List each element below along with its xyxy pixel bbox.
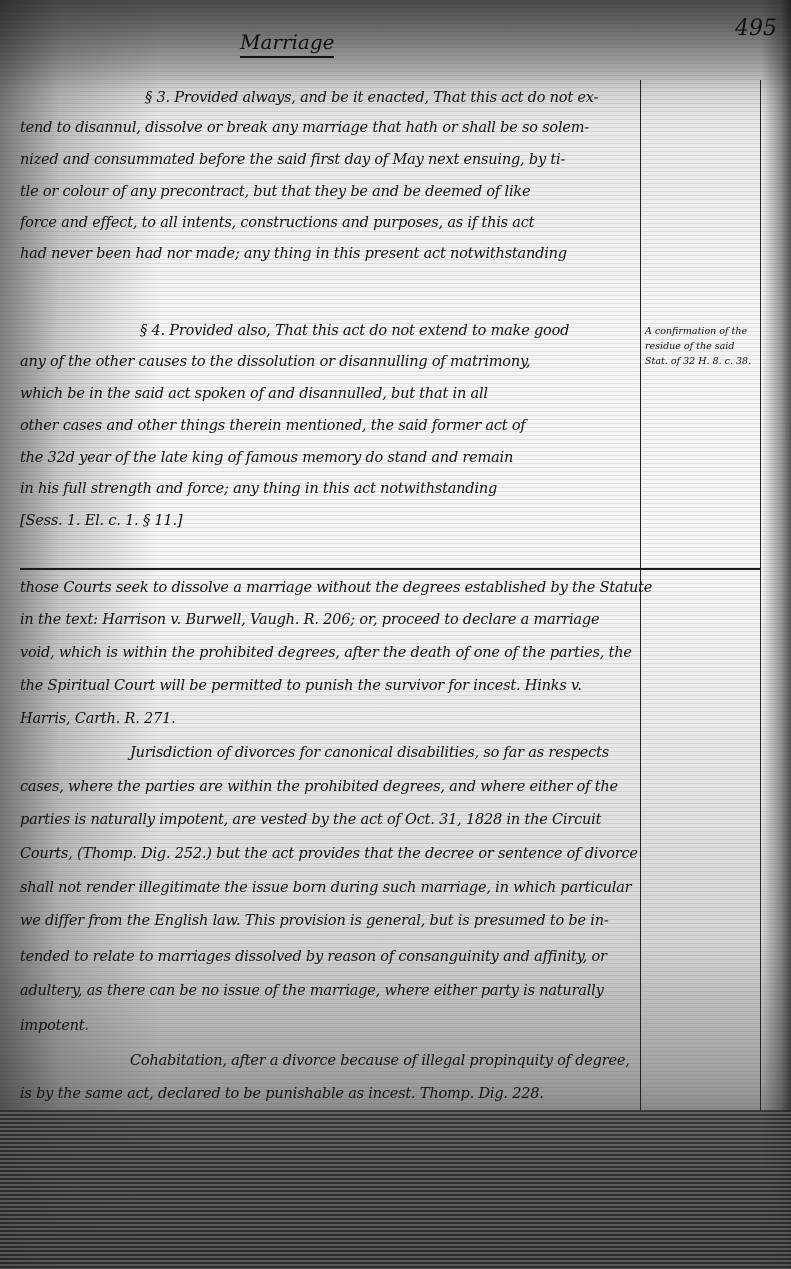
text-line: which be in the said act spoken of and d… bbox=[20, 386, 635, 402]
text-line: in his full strength and force; any thin… bbox=[20, 481, 635, 497]
page-heading: Marriage bbox=[240, 30, 334, 58]
text-line: the Spiritual Court will be permitted to… bbox=[20, 678, 765, 694]
text-line: the 32d year of the late king of famous … bbox=[20, 450, 635, 466]
text-line: is by the same act, declared to be punis… bbox=[20, 1086, 765, 1102]
text-line: cases, where the parties are within the … bbox=[20, 779, 765, 795]
scan-shadow-top bbox=[0, 0, 791, 90]
text-line: tle or colour of any precontract, but th… bbox=[20, 184, 635, 200]
text-line: tended to relate to marriages dissolved … bbox=[20, 949, 765, 965]
scan-shadow-bottom bbox=[0, 1110, 791, 1269]
text-line: shall not render illegitimate the issue … bbox=[20, 880, 765, 896]
text-line: other cases and other things therein men… bbox=[20, 418, 635, 434]
marginal-note-line: residue of the said bbox=[645, 339, 763, 354]
page-number: 495 bbox=[735, 16, 777, 41]
text-line: any of the other causes to the dissoluti… bbox=[20, 354, 635, 370]
text-line: force and effect, to all intents, constr… bbox=[20, 215, 635, 231]
text-line: in the text: Harrison v. Burwell, Vaugh.… bbox=[20, 612, 765, 628]
text-line: adultery, as there can be no issue of th… bbox=[20, 983, 765, 999]
text-line: § 3. Provided always, and be it enacted,… bbox=[20, 90, 760, 106]
section-divider bbox=[20, 568, 760, 570]
text-line: void, which is within the prohibited deg… bbox=[20, 645, 765, 661]
text-line: [Sess. 1. El. c. 1. § 11.] bbox=[20, 513, 635, 529]
text-line: Courts, (Thomp. Dig. 252.) but the act p… bbox=[20, 846, 765, 862]
text-line: parties is naturally impotent, are veste… bbox=[20, 812, 765, 828]
scan-shadow-right bbox=[761, 0, 791, 1269]
marginal-note: A confirmation of the residue of the sai… bbox=[645, 324, 763, 369]
text-line: nized and consummated before the said fi… bbox=[20, 152, 635, 168]
marginal-note-line: A confirmation of the bbox=[645, 324, 763, 339]
text-line: had never been had nor made; any thing i… bbox=[20, 246, 635, 262]
text-line: we differ from the English law. This pro… bbox=[20, 913, 765, 929]
text-line: Cohabitation, after a divorce because of… bbox=[20, 1053, 791, 1069]
marginal-note-line: Stat. of 32 H. 8. c. 38. bbox=[645, 354, 763, 369]
manuscript-page: 495 Marriage § 3. Provided always, and b… bbox=[0, 0, 791, 1269]
text-line: Jurisdiction of divorces for canonical d… bbox=[20, 745, 791, 761]
text-line: Harris, Carth. R. 271. bbox=[20, 711, 765, 727]
text-line: impotent. bbox=[20, 1018, 765, 1034]
text-line: those Courts seek to dissolve a marriage… bbox=[20, 580, 765, 596]
text-line: tend to disannul, dissolve or break any … bbox=[20, 120, 635, 136]
